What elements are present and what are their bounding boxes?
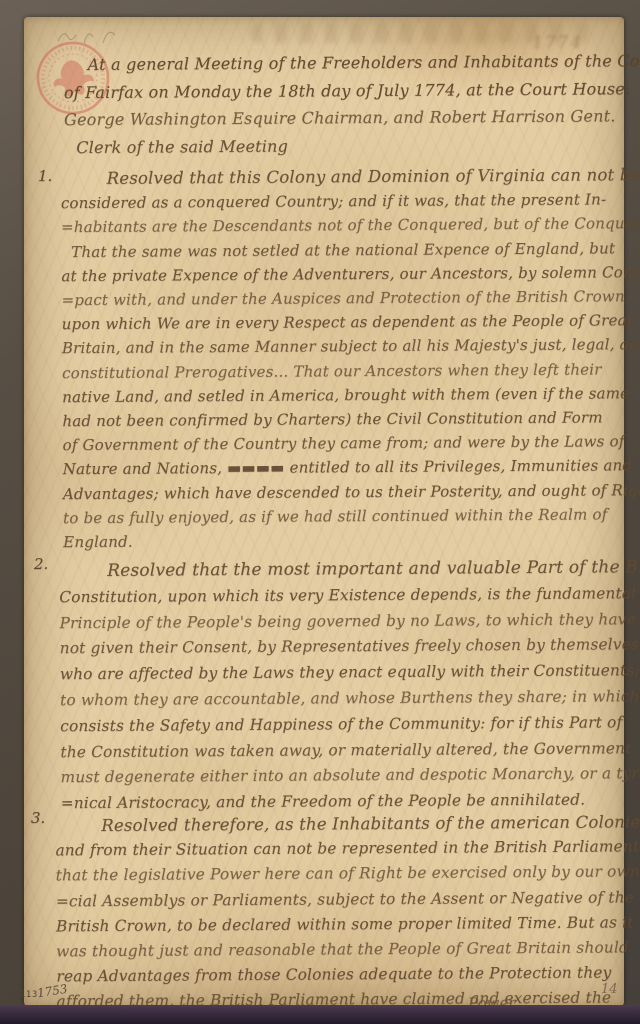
manuscript-line: England. bbox=[63, 526, 640, 554]
manuscript-line: Resolved therefore, as the Inhabitants o… bbox=[55, 809, 640, 839]
resolve-1-paragraph: Resolved that this Colony and Dominion o… bbox=[61, 163, 640, 554]
manuscript-line: Resolved that the most important and val… bbox=[59, 555, 640, 585]
pencil-scribble bbox=[54, 23, 124, 49]
manuscript-line: =cial Assemblys or Parliaments, subject … bbox=[56, 884, 640, 914]
resolve-3-paragraph: Resolved therefore, as the Inhabitants o… bbox=[55, 809, 640, 1015]
resolve-2-number: 2. bbox=[34, 555, 48, 573]
manuscript-line: British Crown, to be declared within som… bbox=[56, 909, 640, 939]
manuscript-line: Clerk of the said Meeting bbox=[64, 129, 640, 161]
manuscript-line: must degenerate either into an absolute … bbox=[61, 761, 640, 791]
manuscript-line: not given their Consent, by Representati… bbox=[60, 632, 640, 662]
scanned-page: 1774 At a general Meeting of the Freehol… bbox=[0, 0, 640, 1024]
meeting-heading: At a general Meeting of the Freeholders … bbox=[64, 47, 640, 161]
resolve-3-number: 3. bbox=[31, 809, 45, 827]
page-number-pencil: 14 bbox=[601, 982, 618, 997]
manuscript-line: George Washington Esquire Chairman, and … bbox=[64, 102, 640, 134]
scan-bottom-edge bbox=[0, 1005, 640, 1024]
resolve-1-number: 1. bbox=[38, 167, 52, 185]
archival-volume-code: v.113 bbox=[12, 990, 38, 1000]
manuscript-line: who are affected by the Laws they enact … bbox=[60, 658, 640, 688]
manuscript-line: the Constitution was taken away, or mate… bbox=[60, 735, 640, 765]
manuscript-paper: 1774 At a general Meeting of the Freehol… bbox=[24, 17, 624, 1006]
manuscript-line: Constitution, upon which its very Existe… bbox=[59, 581, 640, 611]
manuscript-line: to whom they are accountable, and whose … bbox=[60, 684, 640, 714]
manuscript-line: reap Advantages from those Colonies adeq… bbox=[56, 960, 640, 990]
manuscript-line: consists the Safety and Happiness of the… bbox=[60, 710, 640, 740]
manuscript-line: of Fairfax on Monday the 18th day of Jul… bbox=[64, 74, 640, 106]
resolve-2-paragraph: Resolved that the most important and val… bbox=[59, 555, 640, 817]
manuscript-line: Principle of the People's being governed… bbox=[59, 606, 640, 636]
manuscript-line: was thought just and reasonable that the… bbox=[56, 935, 640, 965]
manuscript-line: that the legislative Power here can of R… bbox=[56, 859, 640, 889]
manuscript-line: and from their Situation can not be repr… bbox=[55, 834, 640, 864]
manuscript-line: At a general Meeting of the Freeholders … bbox=[64, 47, 640, 79]
